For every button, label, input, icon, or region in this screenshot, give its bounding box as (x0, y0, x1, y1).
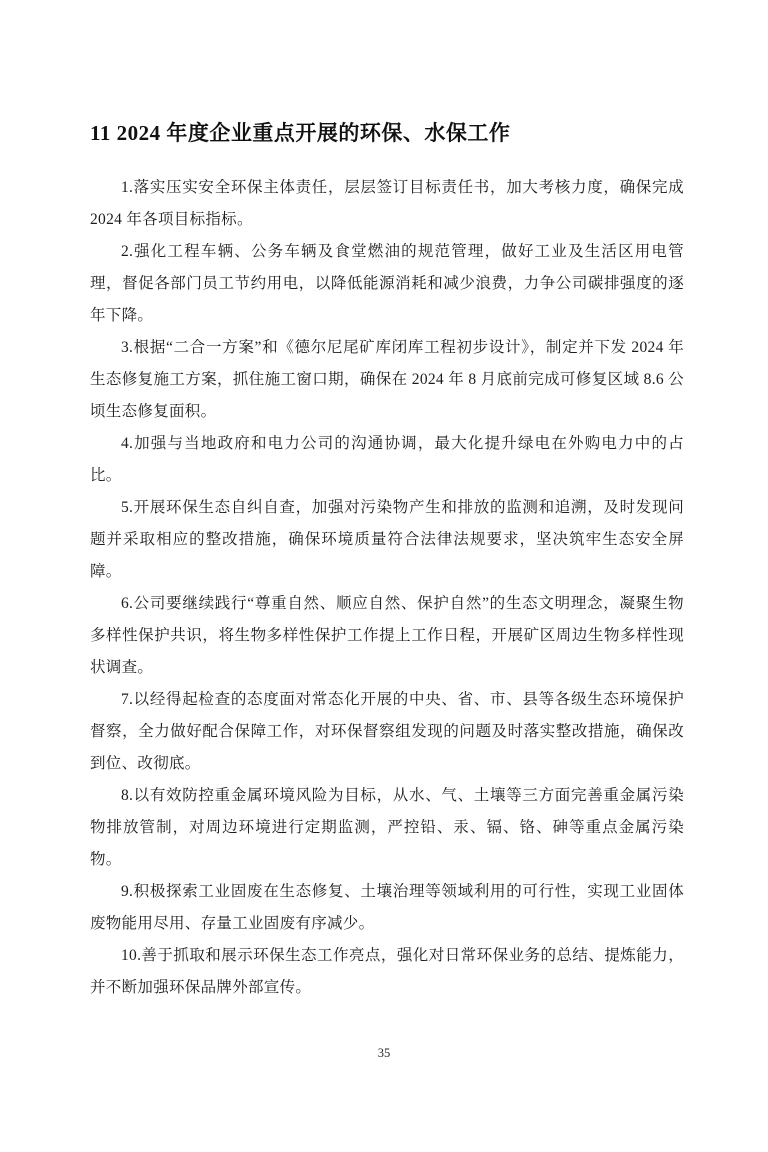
paragraph-9: 9.积极探索工业固废在生态修复、土壤治理等领域利用的可行性，实现工业固体废物能用… (90, 876, 684, 940)
document-page: 11 2024 年度企业重点开展的环保、水保工作 1.落实压实安全环保主体责任，… (0, 0, 768, 1152)
paragraph-3: 3.根据“二合一方案”和《德尔尼尾矿库闭库工程初步设计》，制定并下发 2024 … (90, 332, 684, 428)
paragraph-1: 1.落实压实安全环保主体责任，层层签订目标责任书，加大考核力度，确保完成 202… (90, 172, 684, 236)
paragraph-6: 6.公司要继续践行“尊重自然、顺应自然、保护自然”的生态文明理念，凝聚生物多样性… (90, 588, 684, 684)
paragraph-2: 2.强化工程车辆、公务车辆及食堂燃油的规范管理，做好工业及生活区用电管理，督促各… (90, 236, 684, 332)
paragraph-4: 4.加强与当地政府和电力公司的沟通协调，最大化提升绿电在外购电力中的占比。 (90, 428, 684, 492)
paragraph-8: 8.以有效防控重金属环境风险为目标，从水、气、土壤等三方面完善重金属污染物排放管… (90, 780, 684, 876)
document-body: 11 2024 年度企业重点开展的环保、水保工作 1.落实压实安全环保主体责任，… (90, 118, 684, 1004)
paragraph-7: 7.以经得起检查的态度面对常态化开展的中央、省、市、县等各级生态环境保护督察，全… (90, 684, 684, 780)
page-title: 11 2024 年度企业重点开展的环保、水保工作 (90, 118, 684, 148)
paragraph-10: 10.善于抓取和展示环保生态工作亮点，强化对日常环保业务的总结、提炼能力，并不断… (90, 940, 684, 1004)
paragraph-5: 5.开展环保生态自纠自查，加强对污染物产生和排放的监测和追溯，及时发现问题并采取… (90, 492, 684, 588)
page-number: 35 (0, 1046, 768, 1061)
